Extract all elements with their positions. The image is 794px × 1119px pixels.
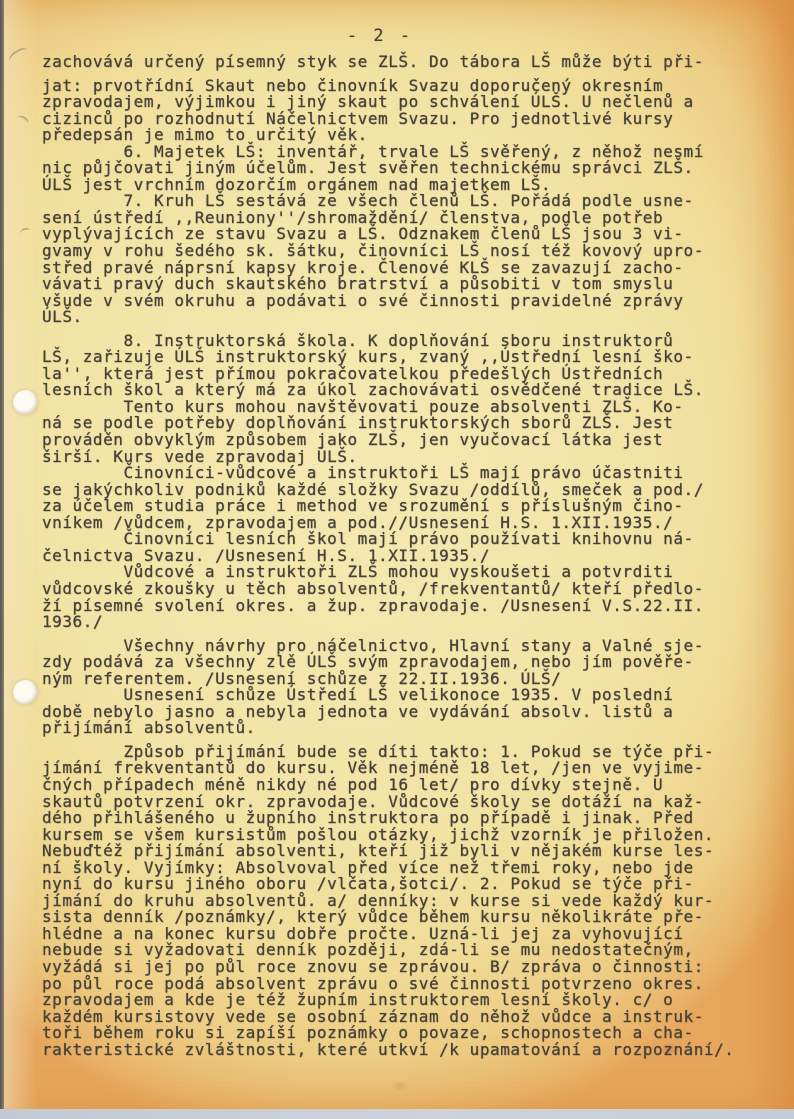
text-line: ÚLŠ. <box>42 309 762 326</box>
left-margin-band <box>4 0 38 1109</box>
text-line: zachovává určený písemný styk se ZLŠ. Do… <box>42 54 762 71</box>
page-number: - 2 - <box>0 26 760 46</box>
paper-stain <box>392 1082 408 1090</box>
punch-hole-top <box>13 390 38 415</box>
text-line: rakteristické zvláštnosti, které utkví /… <box>42 1042 762 1059</box>
scan-edge-left <box>0 0 4 1109</box>
document-body: zachovává určený písemný styk se ZLŠ. Do… <box>42 54 762 1058</box>
document-page: - 2 - zachovává určený písemný styk se Z… <box>0 0 794 1109</box>
text-line: 1936./ <box>42 614 762 631</box>
text-line: přijímání absolventů. <box>42 720 762 737</box>
text-line: ží písemné svolení okres. a žup. zpravod… <box>42 598 762 615</box>
scan-edge-bottom <box>0 1109 794 1119</box>
punch-hole-bottom <box>13 680 38 705</box>
text-line: všude v svém okruhu a podávati o své čin… <box>42 293 762 310</box>
